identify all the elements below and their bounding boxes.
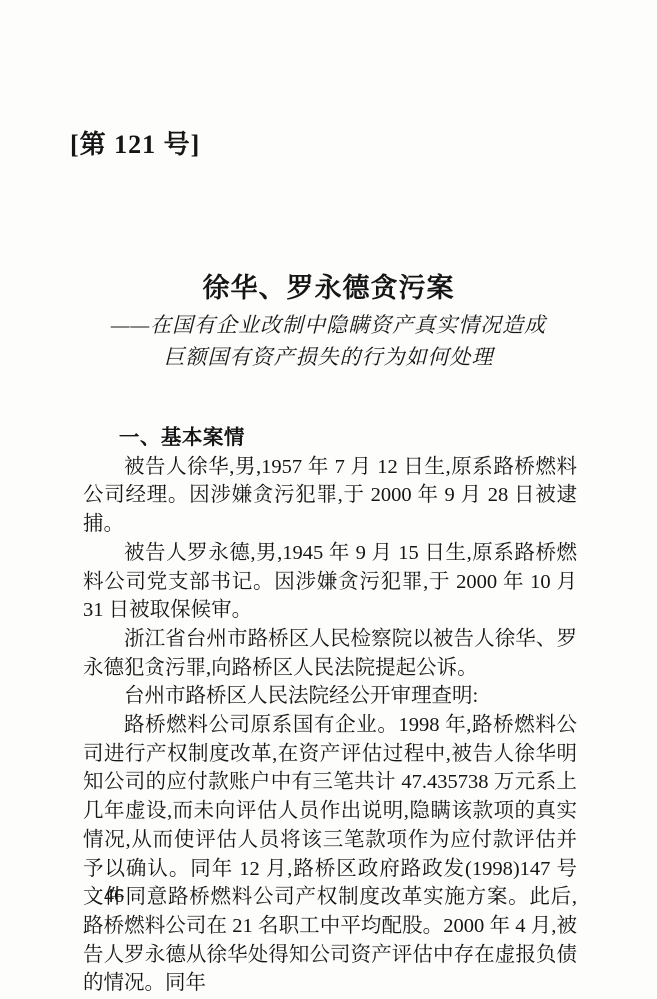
paragraph-case-facts: 路桥燃料公司原系国有企业。1998 年,路桥燃料公司进行产权制度改革,在资产评估… xyxy=(83,711,577,998)
page-number: 46 xyxy=(104,885,124,908)
section-heading: 一、基本案情 xyxy=(83,424,577,453)
subtitle-line-2: 巨额国有资产损失的行为如何处理 xyxy=(0,342,657,374)
case-body: 一、基本案情 被告人徐华,男,1957 年 7 月 12 日生,原系路桥燃料公司… xyxy=(83,424,577,998)
paragraph-defendant-luoyongde: 被告人罗永德,男,1945 年 9 月 15 日生,原系路桥燃料公司党支部书记。… xyxy=(83,539,577,625)
subtitle-line-1: ——在国有企业改制中隐瞒资产真实情况造成 xyxy=(0,310,657,342)
paragraph-prosecution: 浙江省台州市路桥区人民检察院以被告人徐华、罗永德犯贪污罪,向路桥区人民法院提起公… xyxy=(83,625,577,682)
paragraph-court-trial: 台州市路桥区人民法院经公开审理查明: xyxy=(83,682,577,711)
document-page: [第 121 号] 徐华、罗永德贪污案 ——在国有企业改制中隐瞒资产真实情况造成… xyxy=(0,0,657,999)
case-number: [第 121 号] xyxy=(70,124,200,161)
paragraph-defendant-xuhua: 被告人徐华,男,1957 年 7 月 12 日生,原系路桥燃料公司经理。因涉嫌贪… xyxy=(83,453,577,539)
case-subtitle: ——在国有企业改制中隐瞒资产真实情况造成 巨额国有资产损失的行为如何处理 xyxy=(0,310,657,373)
case-title: 徐华、罗永德贪污案 xyxy=(0,266,657,305)
